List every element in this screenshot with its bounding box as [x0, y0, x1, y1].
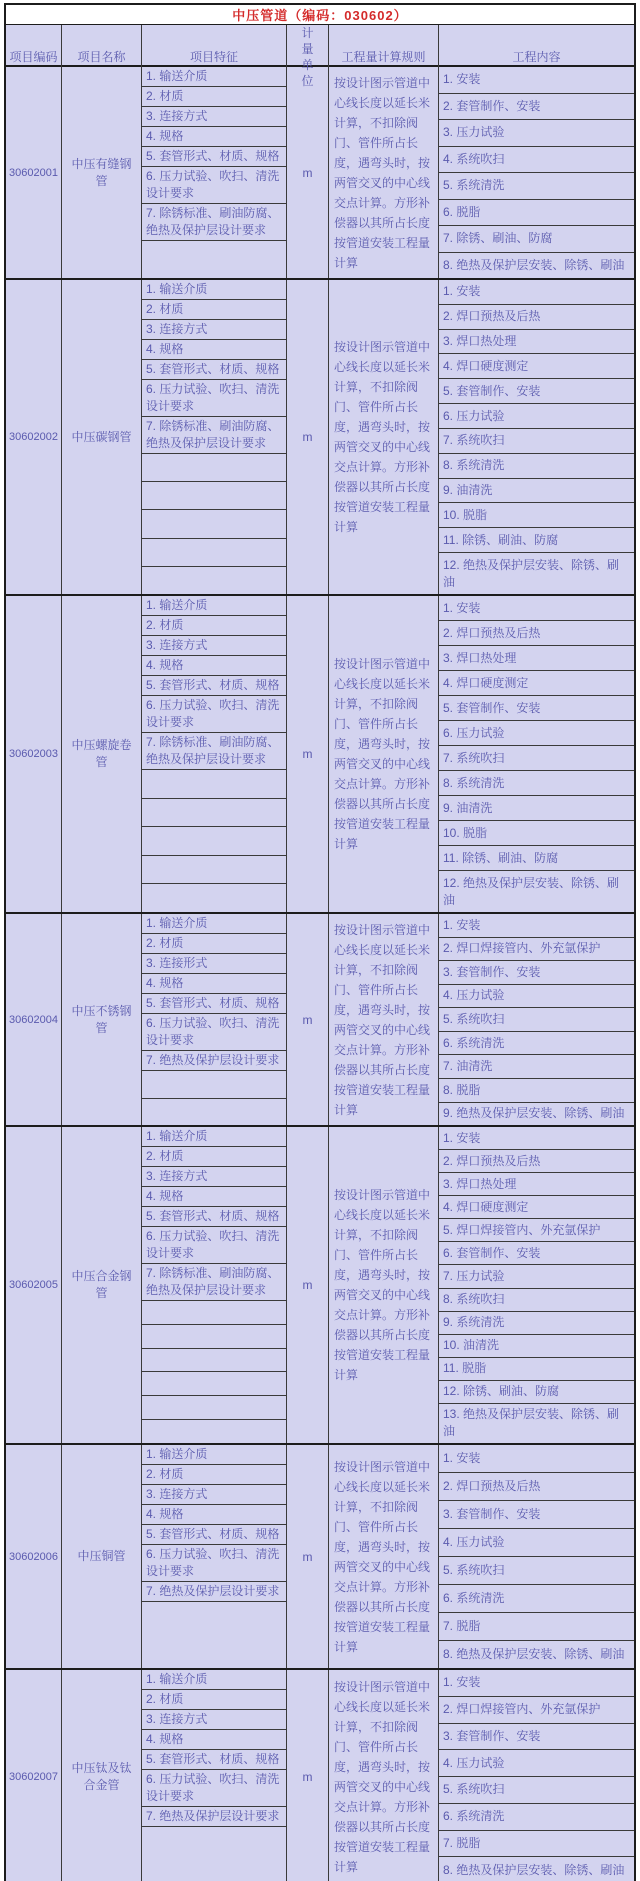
project-name-cell: 中压碳钢管 — [62, 280, 142, 594]
work-content-cell: 9. 油清洗 — [439, 796, 634, 821]
work-content-cell: 1. 安装 — [439, 1445, 634, 1473]
table-row-group: 30602005中压合金钢管1. 输送介质2. 材质3. 连接方式4. 规格5.… — [6, 1127, 634, 1445]
unit-cell: m — [287, 596, 329, 912]
feature-cell: 5. 套管形式、材质、规格 — [142, 360, 286, 380]
feature-empty-cell — [142, 482, 286, 510]
feature-cell: 6. 压力试验、吹扫、清洗设计要求 — [142, 1770, 286, 1807]
work-content-cell: 12. 除锈、刷油、防腐 — [439, 1381, 634, 1404]
feature-cell: 5. 套管形式、材质、规格 — [142, 147, 286, 167]
feature-cell: 6. 压力试验、吹扫、清洗设计要求 — [142, 1545, 286, 1582]
feature-cell: 2. 材质 — [142, 87, 286, 107]
work-content-cell: 2. 套管制作、安装 — [439, 94, 634, 121]
table-row-group: 30602004中压不锈钢管1. 输送介质2. 材质3. 连接形式4. 规格5.… — [6, 914, 634, 1127]
work-content-cell: 1. 安装 — [439, 280, 634, 305]
unit-cell: m — [287, 1670, 329, 1881]
project-name-cell: 中压不锈钢管 — [62, 914, 142, 1125]
feature-cell: 7. 除锈标准、刷油防腐、绝热及保护层设计要求 — [142, 417, 286, 454]
features-column: 1. 输送介质2. 材质3. 连接方式4. 规格5. 套管形式、材质、规格6. … — [142, 67, 287, 278]
unit-cell: m — [287, 1127, 329, 1443]
table-row-group: 30602001中压有缝钢管1. 输送介质2. 材质3. 连接方式4. 规格5.… — [6, 67, 634, 280]
feature-cell: 1. 输送介质 — [142, 596, 286, 616]
calc-rule-cell: 按设计图示管道中心线长度以延长米计算，不扣除阀门、管件所占长度，遇弯头时，按两管… — [329, 596, 439, 912]
work-content-column: 1. 安装2. 焊口预热及后热3. 焊口热处理4. 焊口硬度测定5. 套管制作、… — [439, 596, 634, 912]
table-row-group: 30602003中压螺旋卷管1. 输送介质2. 材质3. 连接方式4. 规格5.… — [6, 596, 634, 914]
feature-cell: 3. 连接方式 — [142, 1167, 286, 1187]
feature-cell: 5. 套管形式、材质、规格 — [142, 1525, 286, 1545]
calc-rule-cell: 按设计图示管道中心线长度以延长米计算，不扣除阀门、管件所占长度，遇弯头时，按两管… — [329, 1445, 439, 1668]
unit-cell: m — [287, 67, 329, 278]
unit-cell: m — [287, 1445, 329, 1668]
work-content-cell: 10. 脱脂 — [439, 821, 634, 846]
work-content-cell: 4. 压力试验 — [439, 1529, 634, 1557]
calc-rule-cell: 按设计图示管道中心线长度以延长米计算，不扣除阀门、管件所占长度，遇弯头时，按两管… — [329, 280, 439, 594]
feature-cell: 6. 压力试验、吹扫、清洗设计要求 — [142, 696, 286, 733]
calc-rule-cell: 按设计图示管道中心线长度以延长米计算，不扣除阀门、管件所占长度，遇弯头时，按两管… — [329, 67, 439, 278]
work-content-cell: 8. 系统清洗 — [439, 454, 634, 479]
feature-empty-cell — [142, 1602, 286, 1668]
feature-cell: 2. 材质 — [142, 1147, 286, 1167]
project-code-cell: 30602005 — [6, 1127, 62, 1443]
work-content-cell: 8. 系统吹扫 — [439, 1289, 634, 1312]
table-title: 中压管道（编码：030602） — [6, 5, 634, 25]
work-content-cell: 7. 脱脂 — [439, 1831, 634, 1858]
table-row-group: 30602007中压钛及钛合金管1. 输送介质2. 材质3. 连接方式4. 规格… — [6, 1670, 634, 1881]
feature-cell: 5. 套管形式、材质、规格 — [142, 994, 286, 1014]
work-content-cell: 4. 压力试验 — [439, 1750, 634, 1777]
work-content-cell: 8. 绝热及保护层安装、除锈、刷油 — [439, 1641, 634, 1668]
work-content-cell: 2. 焊口焊接管内、外充氩保护 — [439, 938, 634, 962]
work-content-cell: 3. 套管制作、安装 — [439, 1724, 634, 1751]
feature-empty-cell — [142, 884, 286, 912]
feature-cell: 1. 输送介质 — [142, 1670, 286, 1690]
feature-empty-cell — [142, 1349, 286, 1373]
feature-cell: 2. 材质 — [142, 616, 286, 636]
pipeline-spec-table: 中压管道（编码：030602） 项目编码 项目名称 项目特征 计量单位 工程量计… — [4, 3, 636, 1881]
feature-cell: 2. 材质 — [142, 300, 286, 320]
work-content-cell: 5. 系统清洗 — [439, 173, 634, 200]
feature-cell: 3. 连接方式 — [142, 1485, 286, 1505]
features-column: 1. 输送介质2. 材质3. 连接方式4. 规格5. 套管形式、材质、规格6. … — [142, 596, 287, 912]
work-content-cell: 5. 套管制作、安装 — [439, 379, 634, 404]
work-content-cell: 4. 压力试验 — [439, 985, 634, 1009]
project-code-cell: 30602004 — [6, 914, 62, 1125]
project-name-cell: 中压合金钢管 — [62, 1127, 142, 1443]
work-content-cell: 12. 绝热及保护层安装、除锈、刷油 — [439, 871, 634, 912]
work-content-column: 1. 安装2. 套管制作、安装3. 压力试验4. 系统吹扫5. 系统清洗6. 脱… — [439, 67, 634, 278]
work-content-cell: 1. 安装 — [439, 1127, 634, 1150]
work-content-cell: 8. 脱脂 — [439, 1079, 634, 1103]
feature-empty-cell — [142, 539, 286, 567]
feature-cell: 1. 输送介质 — [142, 914, 286, 934]
feature-empty-cell — [142, 1827, 286, 1881]
work-content-cell: 8. 系统清洗 — [439, 771, 634, 796]
feature-cell: 1. 输送介质 — [142, 1127, 286, 1147]
feature-cell: 2. 材质 — [142, 1690, 286, 1710]
feature-cell: 6. 压力试验、吹扫、清洗设计要求 — [142, 167, 286, 204]
feature-cell: 4. 规格 — [142, 1187, 286, 1207]
features-column: 1. 输送介质2. 材质3. 连接方式4. 规格5. 套管形式、材质、规格6. … — [142, 280, 287, 594]
feature-cell: 4. 规格 — [142, 340, 286, 360]
feature-empty-cell — [142, 510, 286, 538]
work-content-cell: 4. 系统吹扫 — [439, 147, 634, 174]
feature-empty-cell — [142, 1071, 286, 1099]
table-body: 30602001中压有缝钢管1. 输送介质2. 材质3. 连接方式4. 规格5.… — [6, 67, 634, 1881]
work-content-cell: 9. 绝热及保护层安装、除锈、刷油 — [439, 1103, 634, 1126]
feature-cell: 7. 绝热及保护层设计要求 — [142, 1582, 286, 1602]
work-content-cell: 2. 焊口预热及后热 — [439, 621, 634, 646]
feature-empty-cell — [142, 1325, 286, 1349]
project-name-cell: 中压铜管 — [62, 1445, 142, 1668]
feature-cell: 3. 连接方式 — [142, 636, 286, 656]
work-content-cell: 5. 系统吹扫 — [439, 1777, 634, 1804]
feature-cell: 7. 除锈标准、刷油防腐、绝热及保护层设计要求 — [142, 733, 286, 770]
feature-empty-cell — [142, 567, 286, 594]
feature-cell: 2. 材质 — [142, 934, 286, 954]
work-content-cell: 7. 系统吹扫 — [439, 746, 634, 771]
feature-empty-cell — [142, 827, 286, 856]
work-content-cell: 1. 安装 — [439, 67, 634, 94]
work-content-cell: 9. 系统清洗 — [439, 1312, 634, 1335]
work-content-cell: 1. 安装 — [439, 914, 634, 938]
feature-cell: 1. 输送介质 — [142, 280, 286, 300]
features-column: 1. 输送介质2. 材质3. 连接方式4. 规格5. 套管形式、材质、规格6. … — [142, 1445, 287, 1668]
work-content-cell: 3. 焊口热处理 — [439, 646, 634, 671]
work-content-cell: 13. 绝热及保护层安装、除锈、刷油 — [439, 1404, 634, 1443]
project-name-cell: 中压钛及钛合金管 — [62, 1670, 142, 1881]
work-content-column: 1. 安装2. 焊口预热及后热3. 套管制作、安装4. 压力试验5. 系统吹扫6… — [439, 1445, 634, 1668]
feature-cell: 3. 连接方式 — [142, 320, 286, 340]
work-content-cell: 4. 焊口硬度测定 — [439, 671, 634, 696]
features-column: 1. 输送介质2. 材质3. 连接形式4. 规格5. 套管形式、材质、规格6. … — [142, 914, 287, 1125]
feature-cell: 7. 除锈标准、刷油防腐、绝热及保护层设计要求 — [142, 204, 286, 241]
work-content-cell: 5. 焊口焊接管内、外充氩保护 — [439, 1219, 634, 1242]
feature-cell: 1. 输送介质 — [142, 67, 286, 87]
work-content-cell: 6. 压力试验 — [439, 404, 634, 429]
work-content-cell: 7. 脱脂 — [439, 1613, 634, 1641]
work-content-cell: 5. 系统吹扫 — [439, 1008, 634, 1032]
feature-empty-cell — [142, 1372, 286, 1396]
work-content-cell: 2. 焊口预热及后热 — [439, 1150, 634, 1173]
work-content-cell: 2. 焊口预热及后热 — [439, 305, 634, 330]
feature-empty-cell — [142, 241, 286, 278]
feature-cell: 7. 除锈标准、刷油防腐、绝热及保护层设计要求 — [142, 1264, 286, 1301]
work-content-cell: 8. 绝热及保护层安装、除锈、刷油 — [439, 1857, 634, 1881]
feature-cell: 3. 连接形式 — [142, 954, 286, 974]
feature-empty-cell — [142, 1099, 286, 1126]
project-code-cell: 30602002 — [6, 280, 62, 594]
work-content-cell: 1. 安装 — [439, 1670, 634, 1697]
work-content-cell: 6. 系统清洗 — [439, 1585, 634, 1613]
work-content-column: 1. 安装2. 焊口预热及后热3. 焊口热处理4. 焊口硬度测定5. 套管制作、… — [439, 280, 634, 594]
calc-rule-cell: 按设计图示管道中心线长度以延长米计算，不扣除阀门、管件所占长度，遇弯头时，按两管… — [329, 1670, 439, 1881]
calc-rule-cell: 按设计图示管道中心线长度以延长米计算，不扣除阀门、管件所占长度，遇弯头时，按两管… — [329, 914, 439, 1125]
feature-cell: 1. 输送介质 — [142, 1445, 286, 1465]
work-content-cell: 7. 系统吹扫 — [439, 429, 634, 454]
work-content-cell: 11. 脱脂 — [439, 1358, 634, 1381]
feature-cell: 3. 连接方式 — [142, 1710, 286, 1730]
feature-cell: 5. 套管形式、材质、规格 — [142, 1207, 286, 1227]
work-content-cell: 3. 焊口热处理 — [439, 330, 634, 355]
work-content-cell: 7. 压力试验 — [439, 1265, 634, 1288]
feature-cell: 5. 套管形式、材质、规格 — [142, 676, 286, 696]
table-header: 项目编码 项目名称 项目特征 计量单位 工程量计算规则 工程内容 — [6, 25, 634, 67]
work-content-cell: 6. 系统清洗 — [439, 1032, 634, 1056]
work-content-cell: 5. 系统吹扫 — [439, 1557, 634, 1585]
work-content-cell: 11. 除锈、刷油、防腐 — [439, 528, 634, 553]
work-content-cell: 7. 除锈、刷油、防腐 — [439, 226, 634, 253]
work-content-cell: 4. 焊口硬度测定 — [439, 1196, 634, 1219]
work-content-cell: 4. 焊口硬度测定 — [439, 354, 634, 379]
feature-cell: 3. 连接方式 — [142, 107, 286, 127]
work-content-cell: 6. 脱脂 — [439, 200, 634, 227]
project-code-cell: 30602001 — [6, 67, 62, 278]
calc-rule-cell: 按设计图示管道中心线长度以延长米计算，不扣除阀门、管件所占长度，遇弯头时，按两管… — [329, 1127, 439, 1443]
feature-empty-cell — [142, 770, 286, 799]
feature-cell: 4. 规格 — [142, 1730, 286, 1750]
work-content-cell: 2. 焊口焊接管内、外充氩保护 — [439, 1697, 634, 1724]
feature-cell: 4. 规格 — [142, 656, 286, 676]
work-content-cell: 2. 焊口预热及后热 — [439, 1473, 634, 1501]
project-code-cell: 30602003 — [6, 596, 62, 912]
feature-empty-cell — [142, 1396, 286, 1420]
unit-cell: m — [287, 914, 329, 1125]
work-content-column: 1. 安装2. 焊口焊接管内、外充氩保护3. 套管制作、安装4. 压力试验5. … — [439, 914, 634, 1125]
work-content-cell: 6. 系统清洗 — [439, 1804, 634, 1831]
feature-cell: 6. 压力试验、吹扫、清洗设计要求 — [142, 380, 286, 417]
table-row-group: 30602006中压铜管1. 输送介质2. 材质3. 连接方式4. 规格5. 套… — [6, 1445, 634, 1670]
feature-cell: 4. 规格 — [142, 1505, 286, 1525]
work-content-cell: 12. 绝热及保护层安装、除锈、刷油 — [439, 553, 634, 594]
feature-cell: 2. 材质 — [142, 1465, 286, 1485]
work-content-column: 1. 安装2. 焊口焊接管内、外充氩保护3. 套管制作、安装4. 压力试验5. … — [439, 1670, 634, 1881]
unit-cell: m — [287, 280, 329, 594]
feature-empty-cell — [142, 1301, 286, 1325]
feature-cell: 4. 规格 — [142, 974, 286, 994]
work-content-cell: 1. 安装 — [439, 596, 634, 621]
work-content-cell: 5. 套管制作、安装 — [439, 696, 634, 721]
work-content-cell: 3. 压力试验 — [439, 120, 634, 147]
project-code-cell: 30602007 — [6, 1670, 62, 1881]
feature-cell: 7. 绝热及保护层设计要求 — [142, 1051, 286, 1071]
feature-empty-cell — [142, 856, 286, 885]
table-row-group: 30602002中压碳钢管1. 输送介质2. 材质3. 连接方式4. 规格5. … — [6, 280, 634, 596]
feature-cell: 5. 套管形式、材质、规格 — [142, 1750, 286, 1770]
project-name-cell: 中压有缝钢管 — [62, 67, 142, 278]
features-column: 1. 输送介质2. 材质3. 连接方式4. 规格5. 套管形式、材质、规格6. … — [142, 1670, 287, 1881]
project-name-cell: 中压螺旋卷管 — [62, 596, 142, 912]
work-content-cell: 10. 油清洗 — [439, 1335, 634, 1358]
work-content-cell: 8. 绝热及保护层安装、除锈、刷油 — [439, 253, 634, 279]
work-content-cell: 7. 油清洗 — [439, 1055, 634, 1079]
feature-empty-cell — [142, 799, 286, 828]
work-content-cell: 3. 套管制作、安装 — [439, 1501, 634, 1529]
project-code-cell: 30602006 — [6, 1445, 62, 1668]
feature-cell: 6. 压力试验、吹扫、清洗设计要求 — [142, 1227, 286, 1264]
feature-cell: 6. 压力试验、吹扫、清洗设计要求 — [142, 1014, 286, 1051]
work-content-cell: 11. 除锈、刷油、防腐 — [439, 846, 634, 871]
work-content-column: 1. 安装2. 焊口预热及后热3. 焊口热处理4. 焊口硬度测定5. 焊口焊接管… — [439, 1127, 634, 1443]
work-content-cell: 3. 焊口热处理 — [439, 1173, 634, 1196]
work-content-cell: 9. 油清洗 — [439, 479, 634, 504]
work-content-cell: 6. 套管制作、安装 — [439, 1242, 634, 1265]
work-content-cell: 10. 脱脂 — [439, 503, 634, 528]
work-content-cell: 6. 压力试验 — [439, 721, 634, 746]
work-content-cell: 3. 套管制作、安装 — [439, 961, 634, 985]
feature-empty-cell — [142, 1420, 286, 1443]
feature-empty-cell — [142, 454, 286, 482]
features-column: 1. 输送介质2. 材质3. 连接方式4. 规格5. 套管形式、材质、规格6. … — [142, 1127, 287, 1443]
feature-cell: 7. 绝热及保护层设计要求 — [142, 1807, 286, 1827]
feature-cell: 4. 规格 — [142, 127, 286, 147]
